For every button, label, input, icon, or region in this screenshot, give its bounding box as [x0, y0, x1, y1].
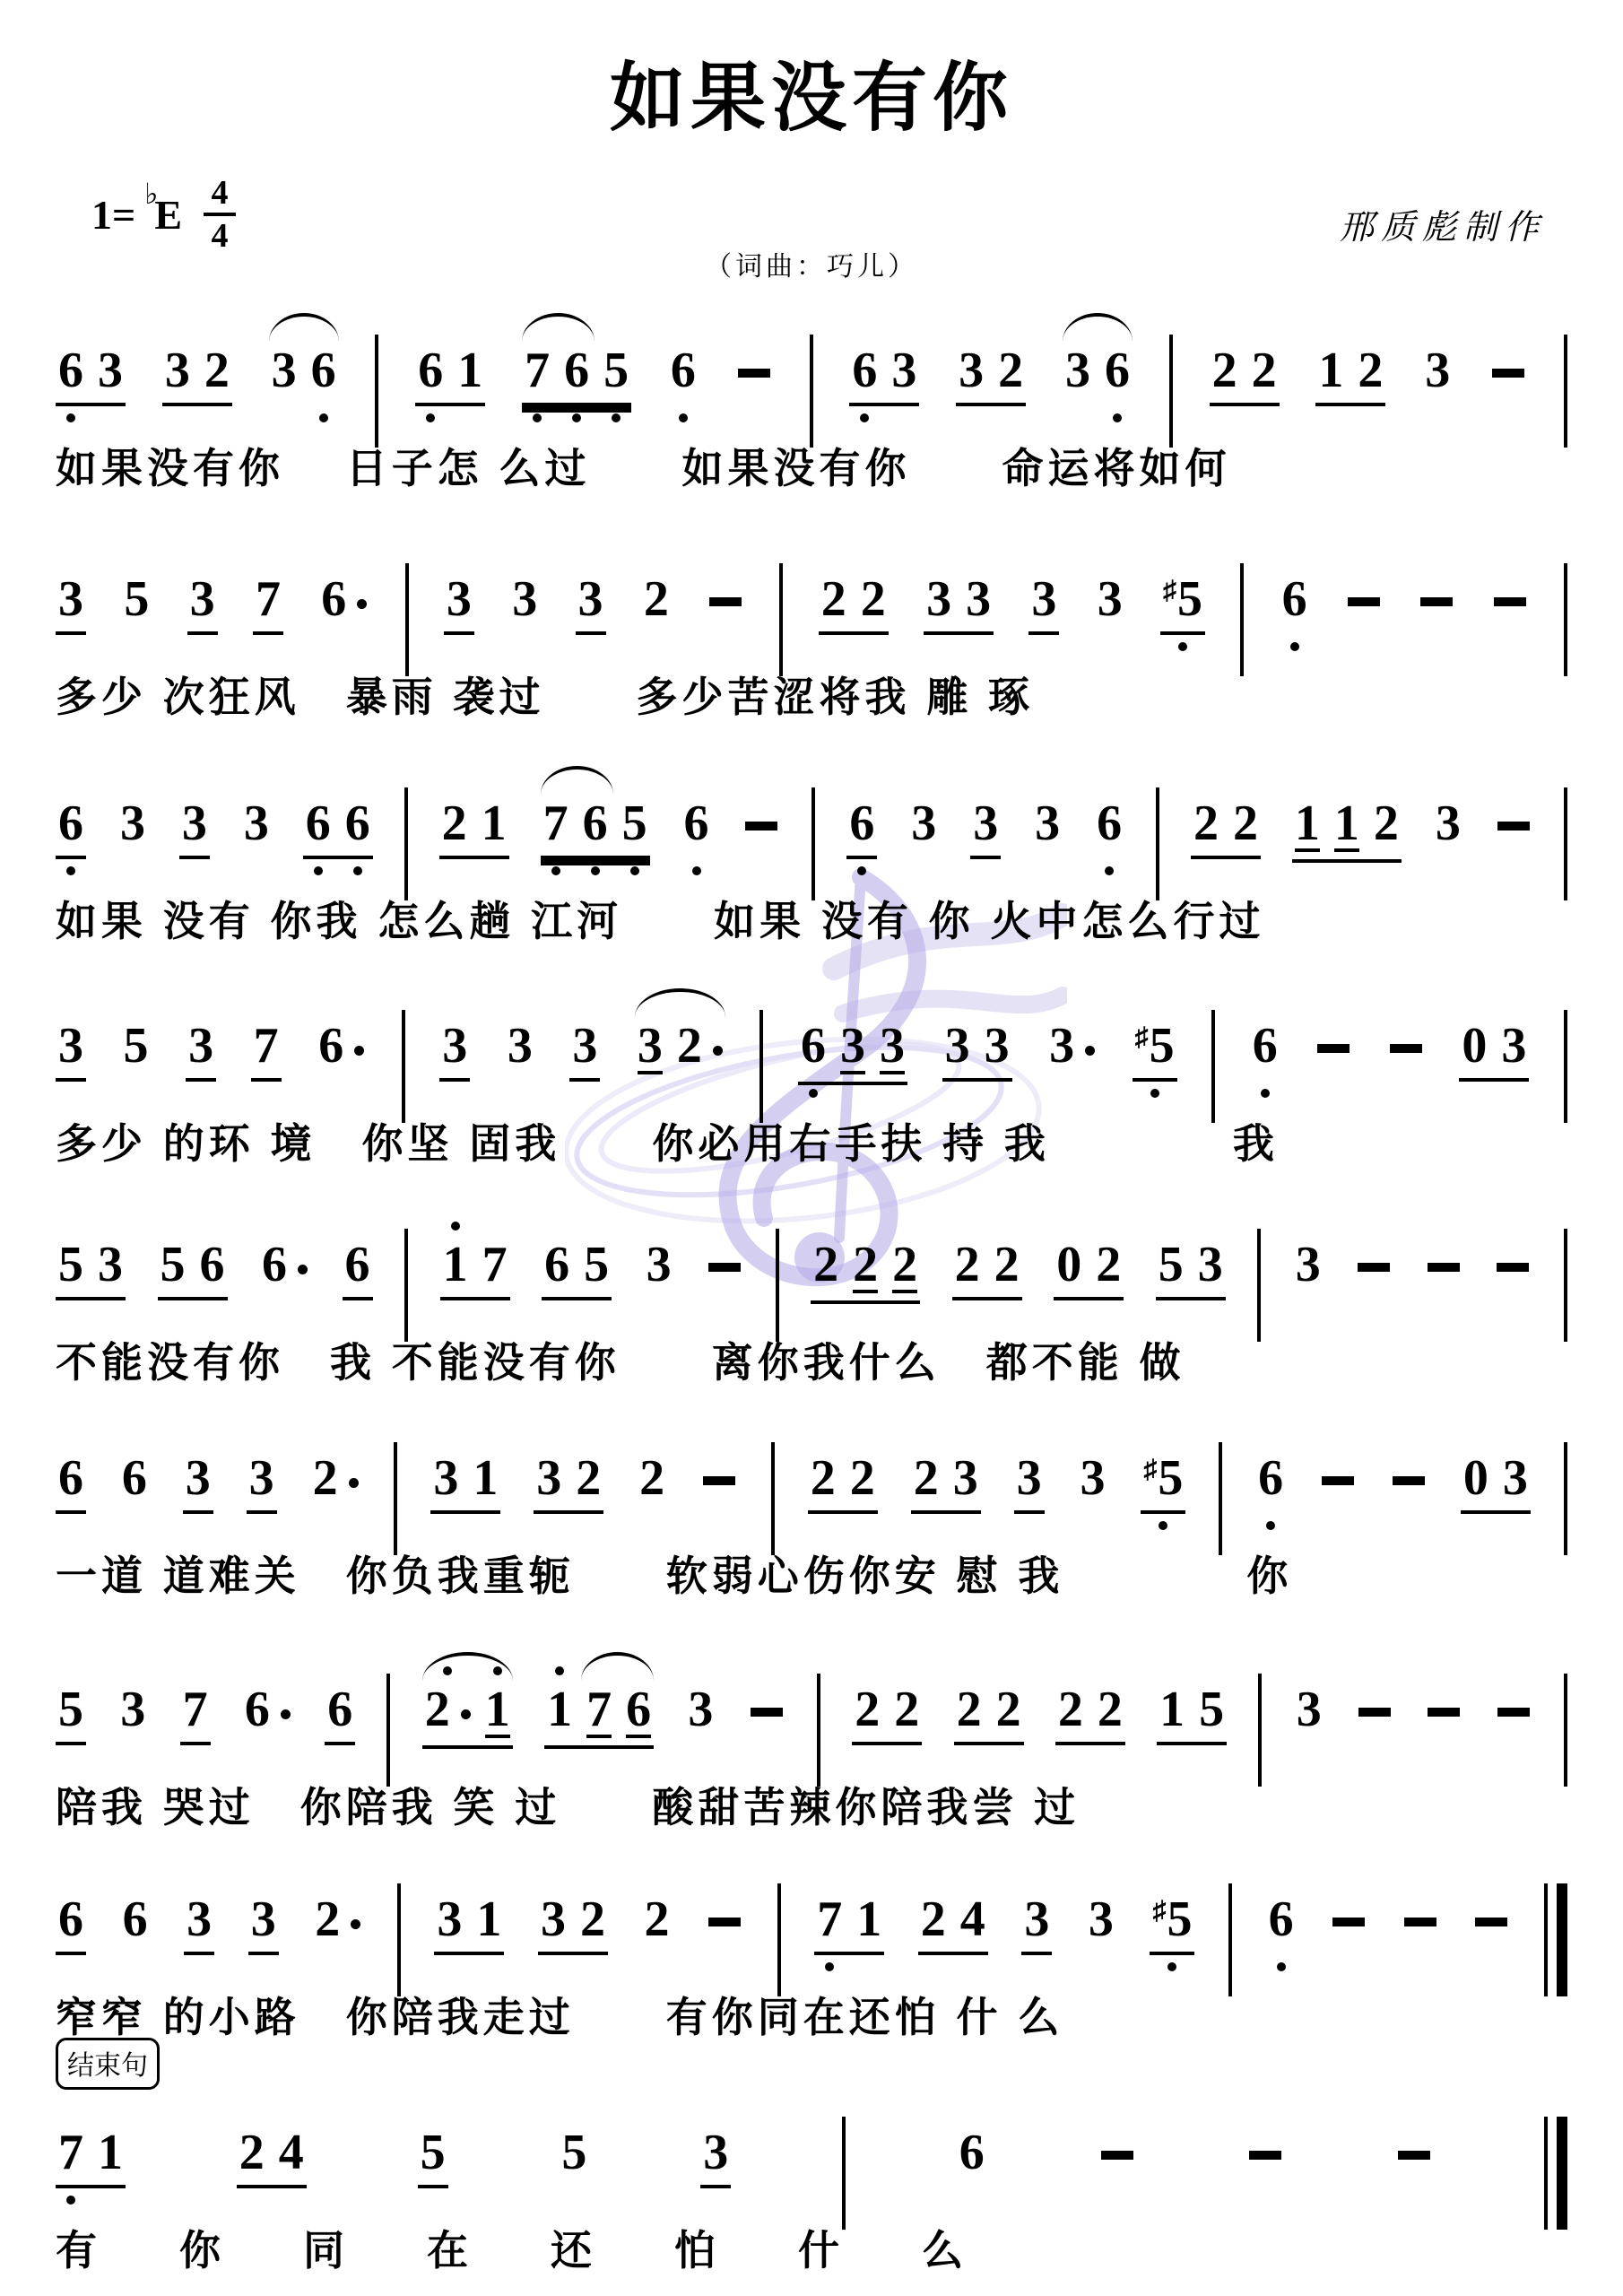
note-group: 3	[1046, 1021, 1098, 1078]
note-group: 6	[325, 1684, 355, 1745]
note: 5	[124, 574, 149, 624]
note: 3	[1098, 574, 1123, 624]
note: 3	[244, 798, 269, 848]
octave-dot-below-icon	[66, 413, 75, 422]
note-group	[735, 345, 773, 385]
octave-dot-below-icon	[1290, 642, 1299, 651]
note-group: 3	[908, 798, 939, 856]
note-group	[1345, 574, 1383, 613]
note-group: 3	[439, 1021, 470, 1082]
note-group: 53	[1156, 1239, 1226, 1300]
note: 3	[891, 345, 916, 396]
note: 6	[852, 345, 877, 396]
note-group: 66	[303, 798, 373, 859]
note: 4	[960, 1894, 985, 1944]
note-group: 5	[121, 1021, 152, 1078]
note: 2	[996, 1684, 1021, 1735]
note: ♯5	[1152, 1894, 1192, 1944]
note: 1	[482, 798, 507, 848]
barline	[777, 1883, 781, 1996]
dash-note	[1393, 1476, 1425, 1485]
note: 3	[1031, 574, 1056, 624]
note-group: 222	[811, 1239, 920, 1304]
dotted-note-dot-icon	[349, 1478, 359, 1488]
arranger-credit: 邢质彪制作	[1340, 199, 1546, 248]
note-group: 5	[559, 2127, 589, 2185]
dash-note	[1249, 2151, 1281, 2160]
note: 7	[543, 798, 568, 848]
dotted-note-dot-icon	[281, 1709, 291, 1719]
note-group: 36	[269, 345, 339, 403]
note: 5	[58, 1684, 83, 1735]
note: 2	[998, 345, 1023, 396]
note: 2	[576, 1453, 601, 1503]
sharp-icon: ♯	[1135, 1022, 1149, 1052]
octave-dot-below-icon	[319, 413, 328, 422]
note: 3	[959, 345, 984, 396]
note: 3	[187, 1894, 212, 1944]
dotted-note-dot-icon	[1085, 1046, 1095, 1056]
note: 3	[1035, 798, 1060, 848]
note-group: 5	[418, 2127, 448, 2188]
dash-note	[1428, 1263, 1460, 1272]
note-group: 63	[849, 345, 919, 406]
note-group: 21	[439, 798, 509, 859]
note: 6	[321, 574, 367, 624]
note: 6	[318, 1021, 364, 1071]
note-group: 15	[1157, 1684, 1227, 1745]
notes-row: 6633231322222333♯5603	[56, 1453, 1567, 1543]
lyrics-line: 多少 次狂风 暴雨 袭过 多少苦涩将我 雕 琢	[56, 673, 1567, 722]
note-group: 56	[158, 1239, 228, 1300]
note: 6	[564, 345, 589, 396]
note-group	[1330, 1894, 1367, 1934]
barline	[771, 1442, 775, 1555]
music-line-8: 6633231322712433♯56窄窄 的小路 你陪我走过 有你同在还怕 什…	[56, 1894, 1567, 2042]
note: 6	[345, 798, 370, 848]
note-group	[1098, 2127, 1136, 2167]
note-group	[1315, 1021, 1352, 1060]
notes-row: 71245536	[56, 2127, 1567, 2217]
note: 3	[447, 574, 472, 624]
note-group: 24	[918, 1894, 988, 1955]
note-group	[1395, 2127, 1433, 2167]
note: 1	[856, 1894, 881, 1944]
note-group: 3	[1422, 345, 1453, 403]
octave-dot-below-icon	[679, 413, 688, 422]
note: 3	[536, 1453, 561, 1503]
note-group: 32	[956, 345, 1026, 406]
note-group: 3	[247, 1453, 277, 1514]
octave-dot-below-icon	[591, 866, 600, 875]
note: 6	[306, 798, 331, 848]
note-group: 32	[538, 1894, 608, 1955]
note: 7	[256, 574, 281, 624]
octave-dot-below-icon	[825, 1962, 834, 1971]
note: 2	[850, 1453, 875, 1503]
note: 3	[703, 2127, 728, 2178]
note: 6	[1269, 1894, 1294, 1944]
note-group: 3	[187, 574, 218, 635]
note-group: 3	[248, 1894, 279, 1955]
dash-note	[708, 1263, 741, 1272]
sharp-icon: ♯	[1163, 576, 1176, 605]
dotted-note-dot-icon	[713, 1046, 723, 1056]
octave-dot-below-icon	[857, 866, 866, 875]
note-group: 6	[1094, 798, 1124, 856]
dash-note	[1497, 822, 1530, 831]
octave-dot-below-icon	[630, 866, 639, 875]
note-group: 32	[635, 1021, 725, 1082]
note: 5	[1199, 1684, 1224, 1735]
octave-dot-below-icon	[1167, 1962, 1176, 1971]
note: 3	[98, 1239, 123, 1290]
barline	[1228, 1883, 1232, 1996]
note-group: 6	[120, 1894, 151, 1952]
octave-dot-below-icon	[572, 413, 581, 422]
octave-dot-below-icon	[1113, 413, 1122, 422]
note: 3	[188, 1021, 213, 1071]
octave-dot-below-icon	[551, 866, 560, 875]
note-group: 3	[186, 1021, 216, 1082]
note: 3	[1436, 798, 1461, 848]
note: 6	[1258, 1453, 1283, 1503]
note-group: 3	[1028, 574, 1059, 635]
note: 6	[544, 1239, 569, 1290]
note: 2	[239, 2127, 265, 2178]
note: 3	[190, 574, 215, 624]
note-group: 3	[569, 1021, 600, 1082]
lyrics-line: 陪我 哭过 你陪我 笑 过 酸甜苦辣你陪我尝 过	[56, 1783, 1567, 1832]
note: 1	[1334, 798, 1359, 852]
notes-row: 63323661765663323622123	[56, 345, 1567, 435]
note: 0	[1463, 1453, 1488, 1503]
note-group: 22	[954, 1684, 1024, 1745]
note-group: 63	[56, 345, 126, 406]
note-group: 765	[522, 345, 631, 406]
note: 2	[914, 1453, 939, 1503]
note-group: 6	[259, 1239, 310, 1297]
note: 5	[622, 798, 647, 848]
note-group: ♯5	[1150, 1894, 1194, 1955]
note-group: ♯5	[1160, 574, 1205, 635]
note: 7	[482, 1239, 508, 1290]
barline	[1564, 563, 1567, 676]
note: 3	[880, 1021, 905, 1074]
note-group	[706, 1894, 743, 1934]
barline	[811, 787, 815, 900]
note: 2	[813, 1239, 838, 1290]
note: 3	[973, 798, 998, 848]
fraction-bar	[204, 213, 236, 216]
note: 3	[840, 1021, 865, 1074]
note: 1	[1159, 1684, 1185, 1735]
note: 2	[677, 1021, 723, 1071]
note: 2	[921, 1894, 946, 1944]
final-barline	[1544, 2117, 1567, 2230]
barline	[1564, 1674, 1567, 1787]
note: 2	[957, 1684, 982, 1735]
note: 0	[1462, 1021, 1487, 1071]
barline	[1564, 1229, 1567, 1342]
note: 3	[1017, 1453, 1042, 1503]
barline	[1219, 1442, 1222, 1555]
dash-note	[1475, 1918, 1507, 1926]
note: 3	[953, 1453, 978, 1503]
note: 3	[249, 1453, 274, 1503]
note-group: 3	[970, 798, 1001, 859]
note-group: 71	[56, 2127, 126, 2188]
note-group: 6	[56, 798, 86, 859]
note: 2	[442, 798, 467, 848]
note: 6	[801, 1021, 826, 1071]
octave-dot-below-icon	[612, 413, 621, 422]
music-line-5: 535666176532222202533不能没有你 我 不能没有你 离你我什么…	[56, 1239, 1567, 1387]
dash-note	[1332, 1918, 1365, 1926]
dash-note	[709, 597, 742, 606]
note-group: 3	[1021, 1894, 1052, 1955]
note: 6	[123, 1894, 148, 1944]
dash-note	[1494, 597, 1526, 606]
slur-arc-icon	[522, 313, 595, 342]
note-group	[1491, 574, 1529, 613]
note: 6	[245, 1684, 291, 1735]
note-group: 53	[56, 1239, 126, 1300]
note-group: 3	[241, 798, 272, 856]
note-group: 6	[119, 1453, 150, 1510]
note: 2	[645, 1894, 670, 1944]
barline	[1240, 563, 1244, 676]
note: 6	[262, 1239, 308, 1290]
slur-arc-icon	[581, 1652, 654, 1681]
note: 2	[580, 1894, 605, 1944]
lyrics-line: 多少 的环 境 你坚 固我 你必用右手扶 持 我 我	[56, 1119, 1567, 1169]
note-group: 6	[1280, 574, 1310, 631]
ending-phrase-badge: 结束句	[56, 2038, 160, 2090]
sheet-music-page: 如果没有你 1= ♭ E 4 4 邢质彪制作 （词曲：巧儿） 结束句 63323…	[0, 0, 1623, 2296]
note-group: 3	[644, 1239, 674, 1297]
note-group: 3	[1014, 1453, 1045, 1514]
note: 1	[98, 2127, 123, 2178]
dash-note	[1348, 597, 1380, 606]
note: 3	[58, 1021, 83, 1071]
dash-note	[1322, 1476, 1354, 1485]
note: 3	[1080, 1453, 1105, 1503]
barline	[817, 1674, 820, 1787]
barline	[404, 787, 408, 900]
note-group: 22	[852, 1684, 922, 1745]
note: 2	[853, 1239, 878, 1293]
note-group	[1246, 2127, 1284, 2167]
note: ♯5	[1163, 574, 1202, 624]
octave-dot-below-icon	[533, 413, 542, 422]
note: 6	[327, 1684, 352, 1735]
dash-note	[1404, 1918, 1436, 1926]
note: 3	[186, 1453, 211, 1503]
note: 2	[955, 1239, 980, 1290]
note-group: 22	[952, 1239, 1022, 1300]
note-group: 3	[1293, 1239, 1324, 1297]
time-signature-top: 4	[212, 176, 229, 210]
note: 6	[849, 798, 874, 848]
note-group: 3	[444, 574, 474, 635]
note: 3	[58, 574, 83, 624]
note-group: 3	[183, 1453, 213, 1514]
note-group: 6	[681, 798, 712, 856]
note: 6	[311, 345, 336, 396]
slur-arc-icon	[269, 313, 339, 342]
barline	[405, 563, 409, 676]
note: 2	[1096, 1239, 1121, 1290]
note: 0	[1056, 1239, 1081, 1290]
notes-row: 3537633332633333♯5603	[56, 1021, 1567, 1110]
note: 1	[1318, 345, 1343, 396]
note-group: 6	[242, 1684, 293, 1742]
note-group: 112	[1292, 798, 1402, 863]
note: 3	[647, 1239, 672, 1290]
note: 2	[892, 1239, 917, 1293]
note-group: 2	[312, 1894, 363, 1952]
note-group: 6	[846, 798, 877, 859]
notes-row: 63336621765663336221123	[56, 798, 1567, 888]
note-group: 33	[942, 1021, 1012, 1082]
note-group: ♯5	[1133, 1021, 1177, 1082]
slur-arc-icon	[422, 1652, 513, 1681]
music-line-4: 3537633332633333♯5603多少 的环 境 你坚 固我 你必用右手…	[56, 1021, 1567, 1169]
dash-note	[703, 1476, 735, 1485]
barline	[1564, 787, 1567, 900]
lyrics-line: 有你同在还怕什么	[56, 2226, 1567, 2275]
note: 6	[122, 1453, 147, 1503]
note: 3	[1089, 1894, 1114, 1944]
dash-note	[1497, 1708, 1530, 1717]
note: 6	[959, 2127, 985, 2178]
dotted-note-dot-icon	[354, 1046, 364, 1056]
note-group: 22	[1210, 345, 1280, 406]
note: 2	[313, 1453, 359, 1503]
dash-note	[1420, 597, 1453, 606]
note: 3	[272, 345, 297, 396]
note: 2	[894, 1684, 919, 1735]
note: 2	[1058, 1684, 1083, 1735]
note: 2	[811, 1453, 836, 1503]
dash-note	[1101, 2151, 1133, 2160]
note: 2	[1193, 798, 1219, 848]
note-group: 3	[1294, 1684, 1324, 1742]
note: 3	[120, 1684, 145, 1735]
note-group: 3	[56, 1021, 86, 1082]
barline	[776, 1229, 779, 1342]
note-group: 6	[343, 1239, 373, 1300]
note-group	[1472, 1894, 1510, 1934]
note: 3	[442, 1021, 467, 1071]
note: 3	[1297, 1684, 1322, 1735]
note: 2	[315, 1894, 360, 1944]
note-group: 765	[541, 798, 650, 859]
dotted-note-dot-icon	[357, 599, 367, 609]
note: 2	[821, 574, 846, 624]
dash-note	[1428, 1708, 1460, 1717]
note: 6	[1253, 1021, 1278, 1071]
note-group: 6	[318, 574, 369, 631]
note: 2	[1358, 345, 1383, 396]
note-group: 22	[819, 574, 889, 635]
barline	[1564, 1010, 1567, 1123]
note-group	[1319, 1453, 1357, 1492]
note: 1	[476, 1894, 501, 1944]
sharp-icon: ♯	[1143, 1455, 1157, 1484]
note-group: 22	[808, 1453, 878, 1514]
note: 2	[861, 574, 886, 624]
note: 3	[433, 1453, 458, 1503]
dash-note	[1492, 369, 1524, 378]
barline	[1258, 1674, 1262, 1787]
slur-arc-icon	[1063, 313, 1133, 342]
note: 7	[817, 1894, 842, 1944]
note: 5	[584, 1239, 609, 1290]
note-group	[1387, 1021, 1425, 1060]
octave-dot-below-icon	[1178, 642, 1187, 651]
note: 6	[684, 798, 709, 848]
note: 2	[1374, 798, 1399, 848]
notes-row: 6633231322712433♯56	[56, 1894, 1567, 1984]
dotted-note-dot-icon	[351, 1919, 360, 1929]
note: 2	[1098, 1684, 1123, 1735]
lyrics-line: 如果没有你 日子怎 么过 如果没有你 命运将如何	[56, 444, 1567, 493]
note-group	[1356, 1684, 1393, 1724]
note-group: 3	[56, 574, 86, 635]
barline	[1564, 1442, 1567, 1555]
note: 3	[985, 1021, 1010, 1071]
note: 3	[541, 1894, 566, 1944]
note: 3	[911, 798, 936, 848]
note-group: 31	[434, 1894, 504, 1955]
dash-note	[1497, 1263, 1529, 1272]
octave-dot-below-icon	[1266, 1521, 1275, 1530]
note: 3	[512, 574, 537, 624]
note-group: ♯5	[1141, 1453, 1185, 1514]
music-line-3: 63336621765663336221123如果 没有 你我 怎么趟 江河 如…	[56, 798, 1567, 946]
note-group: 32	[534, 1453, 603, 1514]
note: 1	[473, 1453, 498, 1503]
note: 1	[485, 1684, 510, 1738]
note-group: 7	[251, 1021, 282, 1082]
note: 1	[1295, 798, 1320, 852]
barline	[386, 1674, 390, 1787]
dash-note	[751, 1708, 783, 1717]
note-group	[700, 1453, 738, 1492]
note: 3	[572, 1021, 597, 1071]
dash-note	[738, 369, 770, 378]
music-line-2: 353763332223333♯56多少 次狂风 暴雨 袭过 多少苦涩将我 雕 …	[56, 574, 1567, 722]
note: 2	[204, 345, 230, 396]
note-group	[1418, 574, 1455, 613]
note: 1	[457, 345, 482, 396]
note: 6	[1097, 798, 1122, 848]
barline	[842, 2117, 846, 2230]
notes-row: 53766211763222222153	[56, 1684, 1567, 1774]
time-signature: 4 4	[204, 176, 236, 253]
note: 7	[254, 1021, 279, 1071]
octave-dot-below-icon	[314, 866, 323, 875]
music-line-9: 71245536有你同在还怕什么	[56, 2127, 1567, 2275]
lyrics-line: 如果 没有 你我 怎么趟 江河 如果 没有 你 火中怎么行过	[56, 897, 1567, 946]
dash-note	[1317, 1044, 1350, 1053]
note-group	[706, 1239, 743, 1279]
note: 7	[525, 345, 550, 396]
octave-dot-below-icon	[1159, 1521, 1167, 1530]
note-group: 03	[1461, 1453, 1531, 1514]
